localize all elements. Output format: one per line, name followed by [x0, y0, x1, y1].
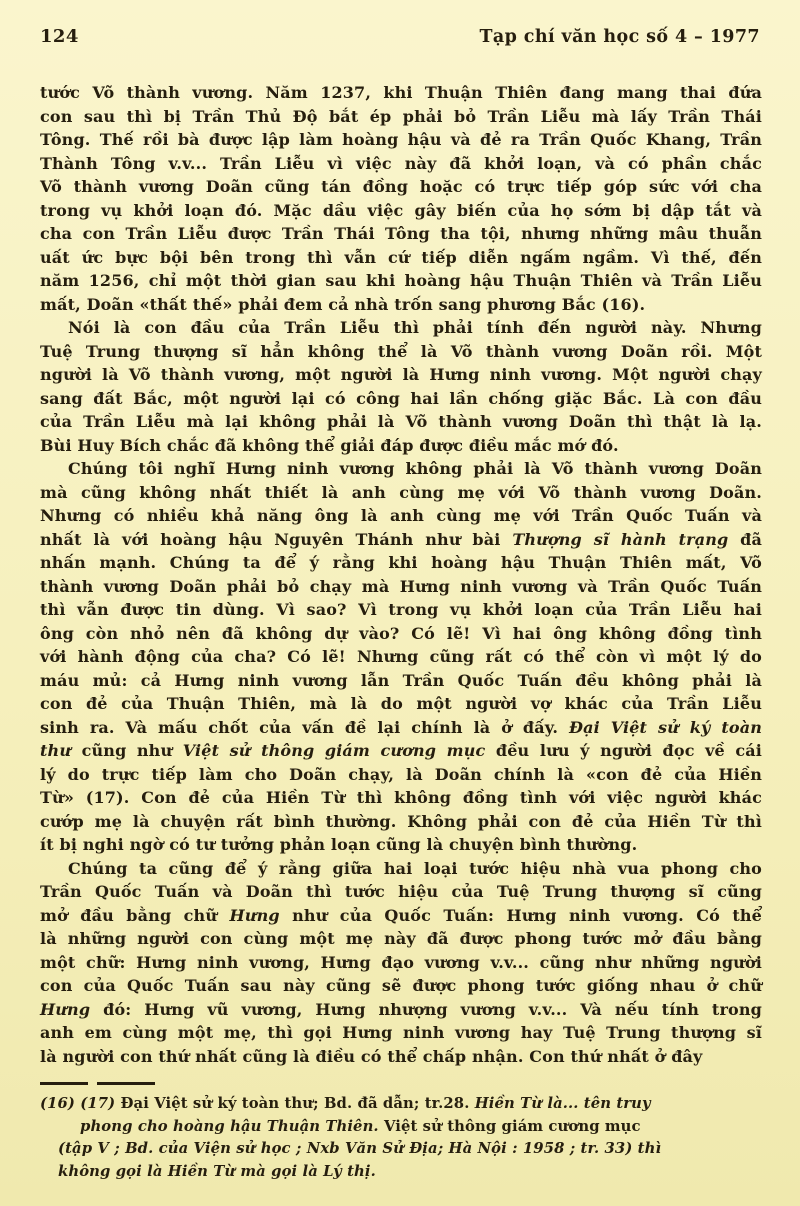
text-line: nhất là với hoàng hậu Nguyên Thánh như b… [40, 528, 762, 552]
text-line: là người con thứ nhất cũng là điều có th… [40, 1045, 762, 1069]
journal-title: Tạp chí văn học số 4 – 1977 [479, 27, 760, 47]
text-line: sang đất Bắc, một người lại có công hai … [40, 387, 762, 411]
text-line: nhấn mạnh. Chúng ta để ý rằng khi hoàng … [40, 551, 762, 575]
text-line: (tập V ; Bd. của Viện sử học ; Nxb Văn S… [40, 1138, 762, 1161]
text-line: một chữ: Hưng ninh vương, Hưng đạo vương… [40, 951, 762, 975]
text-line: uất ức bực bội bên trong thì vẫn cứ tiếp… [40, 246, 762, 270]
text-line: con của Quốc Tuấn sau này cũng sẽ được p… [40, 974, 762, 998]
paragraph-3: Chúng tôi nghĩ Hưng ninh vương không phả… [40, 457, 762, 857]
text-line: con sau thì bị Trần Thủ Độ bắt ép phải b… [40, 105, 762, 129]
footnote-separator [40, 1082, 762, 1085]
scanned-journal-page: 124 Tạp chí văn học số 4 – 1977 tước Võ … [0, 0, 800, 1206]
text-line: mở đầu bằng chữ Hưng như của Quốc Tuấn: … [40, 904, 762, 928]
text-line: con đẻ của Thuận Thiên, mà là do một ngư… [40, 692, 762, 716]
paragraph-1: tước Võ thành vương. Năm 1237, khi Thuận… [40, 81, 762, 316]
text-line: Tuệ Trung thượng sĩ hẳn không thể là Võ … [40, 340, 762, 364]
text-line: lý do trực tiếp làm cho Doãn chạy, là Do… [40, 763, 762, 787]
text-line: không gọi là Hiền Từ mà gọi là Lý thị. [40, 1161, 762, 1184]
text-line: sinh ra. Và mấu chốt của vấn đề lại chín… [40, 716, 762, 740]
text-line: tước Võ thành vương. Năm 1237, khi Thuận… [40, 81, 762, 105]
text-line: của Trần Liễu mà lại không phải là Võ th… [40, 410, 762, 434]
text-line: phong cho hoàng hậu Thuận Thiên. Việt sử… [40, 1116, 762, 1139]
text-line: thành vương Doãn phải bỏ chạy mà Hưng ni… [40, 575, 762, 599]
text-line: năm 1256, chỉ một thời gian sau khi hoàn… [40, 269, 762, 293]
article-body: tước Võ thành vương. Năm 1237, khi Thuận… [40, 81, 762, 1068]
text-line: người là Võ thành vương, một người là Hư… [40, 363, 762, 387]
separator-dash-1 [40, 1082, 88, 1085]
text-line: Chúng tôi nghĩ Hưng ninh vương không phả… [40, 457, 762, 481]
text-line: Bùi Huy Bích chắc đã không thể giải đáp … [40, 434, 762, 458]
text-line: ít bị nghi ngờ có tư tưởng phản loạn cũn… [40, 833, 762, 857]
text-line: mà cũng không nhất thiết là anh cùng mẹ … [40, 481, 762, 505]
text-line: trong vụ khởi loạn đó. Mặc dầu việc gây … [40, 199, 762, 223]
text-line: cha con Trần Liễu được Trần Thái Tông th… [40, 222, 762, 246]
page-header: 124 Tạp chí văn học số 4 – 1977 [40, 20, 762, 47]
text-line: máu mủ: cả Hưng ninh vương lẫn Trần Quốc… [40, 669, 762, 693]
text-line: thư cũng như Việt sử thông giám cương mụ… [40, 739, 762, 763]
paragraph-2: Nói là con đầu của Trần Liễu thì phải tí… [40, 316, 762, 457]
text-line: Chúng ta cũng để ý rằng giữa hai loại tư… [40, 857, 762, 881]
text-line: ông còn nhỏ nên đã không dự vào? Có lẽ! … [40, 622, 762, 646]
text-line: Thành Tông v.v... Trần Liễu vì việc này … [40, 152, 762, 176]
footnotes-block: (16) (17) Đại Việt sử ký toàn thư; Bd. đ… [40, 1093, 762, 1183]
text-line: Hưng đó: Hưng vũ vương, Hưng nhượng vươn… [40, 998, 762, 1022]
text-line: mất, Doãn «thất thế» phải đem cả nhà trố… [40, 293, 762, 317]
paragraph-4: Chúng ta cũng để ý rằng giữa hai loại tư… [40, 857, 762, 1069]
text-line: Nhưng có nhiều khả năng ông là anh cùng … [40, 504, 762, 528]
text-line: Tông. Thế rồi bà được lập làm hoàng hậu … [40, 128, 762, 152]
text-line: thì vẫn được tin dùng. Vì sao? Vì trong … [40, 598, 762, 622]
page-number: 124 [40, 26, 79, 47]
text-line: Trần Quốc Tuấn và Doãn thì tước hiệu của… [40, 880, 762, 904]
text-line: cướp mẹ là chuyện rất bình thường. Không… [40, 810, 762, 834]
separator-dash-2 [97, 1082, 155, 1085]
text-line: (16) (17) Đại Việt sử ký toàn thư; Bd. đ… [40, 1093, 762, 1116]
text-line: Võ thành vương Doãn cũng tán đồng hoặc c… [40, 175, 762, 199]
text-line: với hành động của cha? Có lẽ! Nhưng cũng… [40, 645, 762, 669]
text-line: là những người con cùng một mẹ này đã đư… [40, 927, 762, 951]
text-line: Từ» (17). Con đẻ của Hiền Từ thì không đ… [40, 786, 762, 810]
text-line: anh em cùng một mẹ, thì gọi Hưng ninh vư… [40, 1021, 762, 1045]
text-line: Nói là con đầu của Trần Liễu thì phải tí… [40, 316, 762, 340]
